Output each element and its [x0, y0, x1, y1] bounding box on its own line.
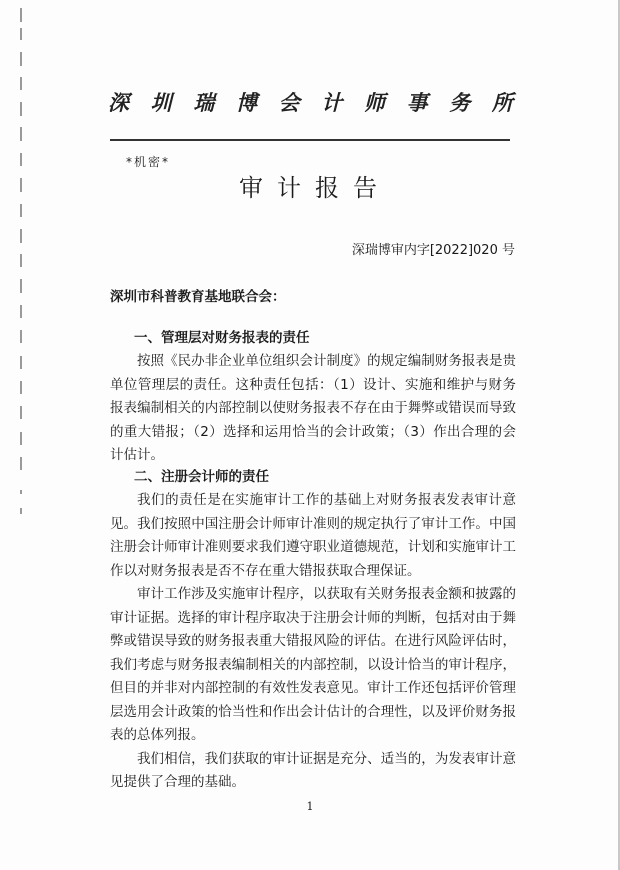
document-number: 深瑞博审内字[2022]020 号	[352, 239, 515, 258]
paragraph: 按照《民办非企业单位组织会计制度》的规定编制财务报表是贵单位管理层的责任。这种责…	[110, 350, 516, 468]
section-management-responsibility: 一、管理层对财务报表的责任 按照《民办非企业单位组织会计制度》的规定编制财务报表…	[110, 327, 516, 468]
paragraph: 我们的责任是在实施审计工作的基础上对财务报表发表审计意见。我们按照中国注册会计师…	[110, 489, 516, 583]
firm-name-char: 事	[407, 87, 428, 117]
addressee: 深圳市科普教育基地联合会：	[110, 285, 286, 305]
paragraph: 我们相信，我们获取的审计证据是充分、适当的，为发表审计意见提供了合理的基础。	[110, 748, 516, 795]
firm-name-char: 深	[108, 87, 129, 117]
firm-name-char: 师	[364, 87, 385, 117]
section-heading: 二、注册会计师的责任	[110, 466, 516, 489]
page-number: 1	[0, 800, 620, 813]
section-auditor-responsibility: 二、注册会计师的责任 我们的责任是在实施审计工作的基础上对财务报表发表审计意见。…	[110, 466, 516, 795]
firm-name-char: 计	[321, 87, 342, 117]
paragraph: 审计工作涉及实施审计程序，以获取有关财务报表金额和披露的审计证据。选择的审计程序…	[110, 583, 516, 748]
firm-name-char: 务	[449, 87, 470, 117]
firm-name-char: 所	[492, 87, 513, 117]
firm-name-char: 博	[236, 87, 257, 117]
page-title: 审计报告	[0, 168, 620, 203]
letterhead-rule	[110, 139, 510, 141]
section-heading: 一、管理层对财务报表的责任	[110, 327, 516, 350]
firm-name-char: 圳	[151, 87, 172, 117]
letterhead-firm-name: 深 圳 瑞 博 会 计 师 事 务 所	[108, 89, 513, 115]
firm-name-char: 会	[279, 87, 300, 117]
firm-name-char: 瑞	[193, 87, 214, 117]
